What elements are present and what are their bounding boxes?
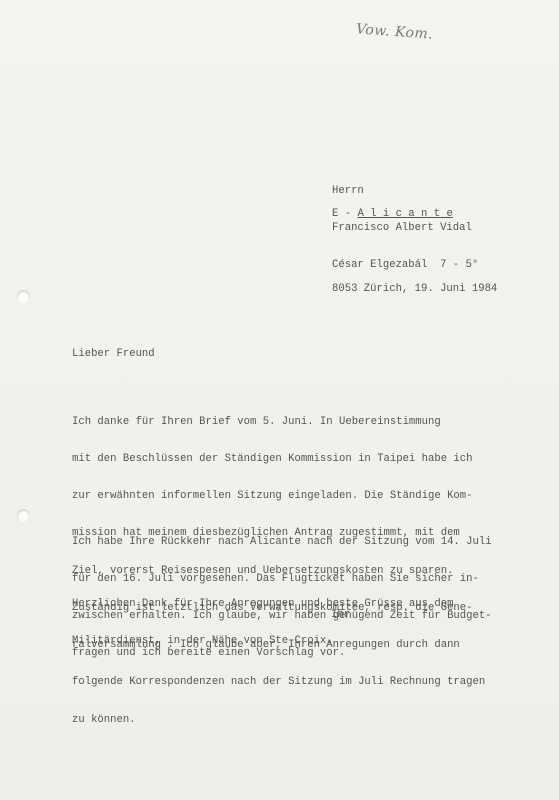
city: A l i c a n t e <box>357 208 452 220</box>
country-prefix: E - <box>332 208 357 220</box>
text-line: zur erwähnten informellen Sitzung eingel… <box>72 490 485 502</box>
handwritten-note: Vow. Kom. <box>356 21 434 42</box>
paragraph-3: Herzlichen Dank für Ihre Anregungen und … <box>72 573 453 672</box>
dateline: 8053 Zürich, 19. Juni 1984 <box>332 283 497 295</box>
address-line: Herrn <box>332 185 478 197</box>
salutation: Lieber Freund <box>72 348 155 360</box>
punch-hole-bottom <box>17 509 30 522</box>
punch-hole-top <box>17 290 30 303</box>
text-line: zu können. <box>72 714 485 726</box>
text-line: Ich danke für Ihren Brief vom 5. Juni. I… <box>72 416 485 428</box>
recipient-city-line: E - A l i c a n t e <box>332 208 453 220</box>
text-line: Herzlichen Dank für Ihre Anregungen und … <box>72 598 453 610</box>
text-line: Ich habe Ihre Rückkehr nach Alicante nac… <box>72 536 492 548</box>
address-line: César Elgezabál 7 - 5° <box>332 259 478 271</box>
letter-page: Vow. Kom. Herrn Francisco Albert Vidal C… <box>0 0 559 800</box>
address-line: Francisco Albert Vidal <box>332 222 478 234</box>
text-line: mit den Beschlüssen der Ständigen Kommis… <box>72 453 485 465</box>
closing: Ihr <box>331 609 350 621</box>
recipient-address: Herrn Francisco Albert Vidal César Elgez… <box>332 160 478 296</box>
text-line: Militärdienst, in der Nähe von Ste-Croix… <box>72 635 453 647</box>
